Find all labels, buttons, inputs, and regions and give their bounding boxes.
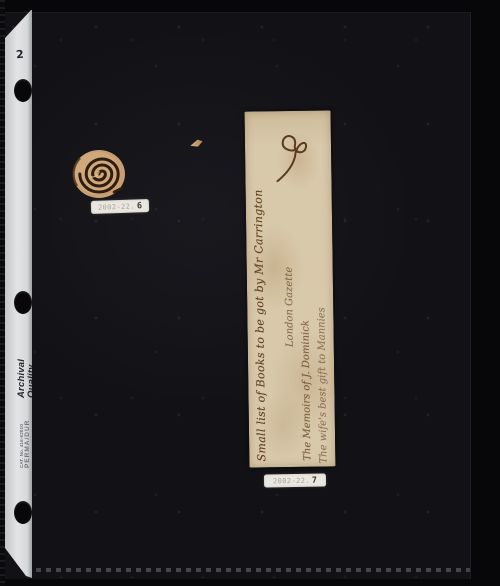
coil-artifact [70, 148, 128, 202]
manuscript-line-3: The Memoirs of J. Dominick [299, 245, 313, 461]
specimen-label-manuscript: 2002-22. 7 [264, 473, 326, 487]
specimen-label-coil-suffix: 6 [137, 201, 142, 211]
specimen-label-manuscript-prefix: 2002-22. [273, 476, 310, 485]
archival-page [4, 12, 471, 579]
punch-hole-top [14, 79, 32, 102]
specimen-label-manuscript-suffix: 7 [312, 475, 317, 485]
manuscript-line-2: London Gazette [283, 249, 295, 347]
sleeve-seal-dashes [36, 568, 470, 572]
binder-tab-number: 2 [15, 48, 24, 62]
manuscript-line-1: Small list of Books to be got by Mr Carr… [251, 116, 269, 461]
manuscript-strip: Small list of Books to be got by Mr Carr… [245, 110, 336, 467]
manuscript-line-4: The wife's best gift to Mannies [316, 295, 329, 463]
specimen-label-coil-prefix: 2002-22. [98, 202, 135, 211]
specimen-label-coil: 2002-22. 6 [91, 199, 149, 214]
coil-spiral-image [70, 148, 128, 202]
photo-frame: 2 Archival Quality CAT. No. 416-62010 PE… [0, 0, 500, 586]
punch-hole-bottom [14, 501, 32, 524]
punch-hole-middle [14, 291, 32, 314]
binder-strip: 2 Archival Quality CAT. No. 416-62010 PE… [5, 10, 32, 578]
ink-flourish [273, 125, 310, 183]
sleeve-serrated-edge [0, 0, 5, 586]
